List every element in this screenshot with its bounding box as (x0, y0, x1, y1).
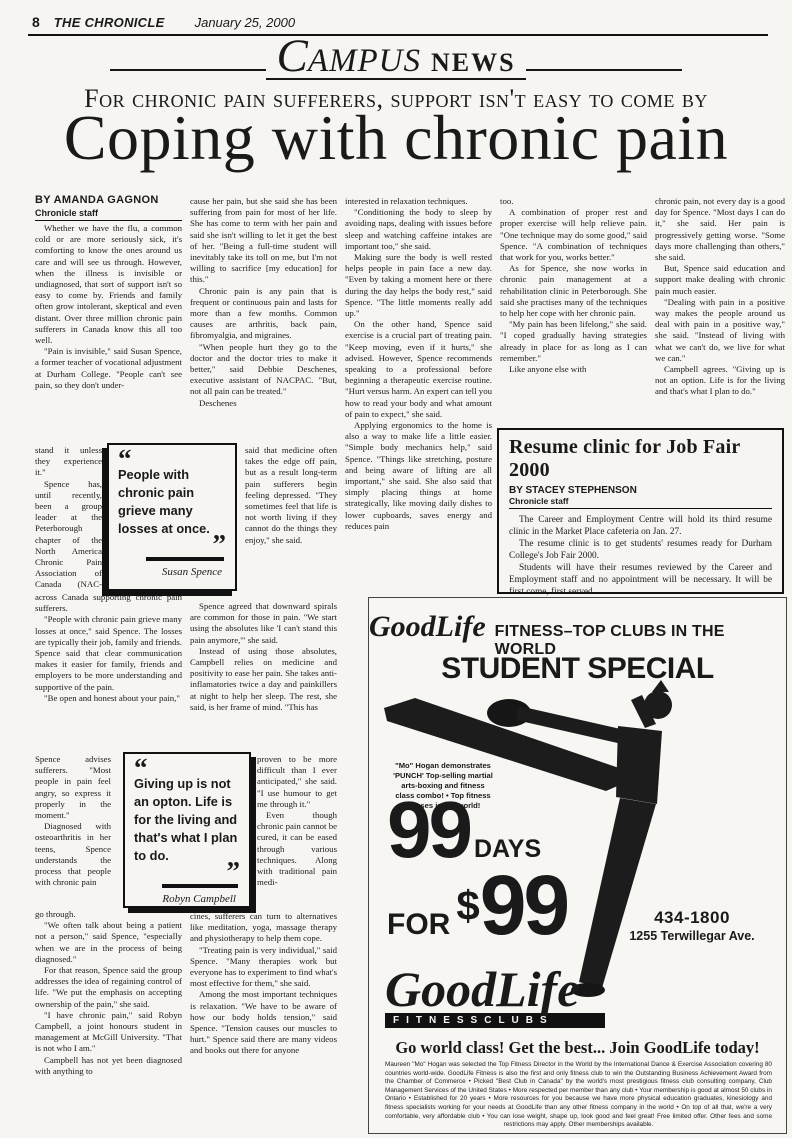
paragraph: stand it unless they experience it." (35, 445, 102, 479)
pull-quote-susan-spence: “ People with chronic pain grieve many l… (107, 443, 237, 591)
open-quote-glyph: “ (118, 452, 226, 466)
paragraph: interested in relaxation techniques. (345, 196, 492, 207)
byline-role: Chronicle staff (35, 208, 182, 221)
pull-quote-text: Giving up is not an opton. Life is for t… (134, 776, 237, 863)
sidebar-byline: BY STACEY STEPHENSON (509, 485, 772, 496)
paragraph: The Career and Employment Centre will ho… (509, 514, 772, 538)
issue-date: January 25, 2000 (195, 15, 295, 30)
torso-shape (616, 726, 662, 804)
paragraph: But, Spence said education and support m… (655, 263, 785, 297)
section-wordmark: C AMPUS NEWS (266, 38, 525, 80)
offer-price-row: FOR $ 99 (387, 870, 587, 944)
paragraph: "We often talk about being a patient not… (35, 920, 182, 965)
offer-days-row: 99 DAYS (387, 796, 587, 864)
paragraph: "I have chronic pain," said Robyn Campbe… (35, 1010, 182, 1055)
article-col5: chronic pain, not every day is a good da… (655, 196, 785, 426)
pull-quote-attribution: Susan Spence (118, 566, 226, 578)
goodlife-logo-text: GoodLife (385, 966, 605, 1012)
paragraph: Spence agreed that downward spirals are … (190, 601, 337, 646)
section-second-word: NEWS (431, 53, 516, 74)
paragraph: chronic pain, not every day is a good da… (655, 196, 785, 263)
paragraph: cause her pain, but she said she has bee… (190, 196, 337, 286)
paragraph: Spence advises sufferers. "Most people i… (35, 754, 111, 821)
paragraph: "Dealing with pain in a positive way mak… (655, 297, 785, 364)
article-headline: Coping with chronic pain (0, 104, 792, 171)
paragraph: proven to be more difficult than I ever … (257, 754, 337, 810)
paragraph: Applying ergonomics to the home is also … (345, 420, 492, 532)
paragraph: Among the most important techniques is r… (190, 989, 337, 1056)
ad-brand-name: GoodLife (369, 610, 486, 644)
article-col3: interested in relaxation techniques."Con… (345, 196, 492, 633)
article-col2-seg1: cause her pain, but she said she has bee… (190, 196, 337, 443)
close-quote-glyph: ” (134, 867, 240, 875)
close-quote-glyph: ” (118, 540, 226, 548)
paragraph: Like anyone else with (500, 364, 647, 375)
ad-fine-print: Maureen "Mo" Hogan was selected the Top … (385, 1061, 772, 1130)
paragraph: On the other hand, Spence said exercise … (345, 319, 492, 420)
article-col1-seg4: Spence advises sufferers. "Most people i… (35, 754, 111, 906)
paragraph: across Canada supporting chronic pain su… (35, 592, 182, 614)
sidebar-body: The Career and Employment Centre will ho… (509, 514, 772, 610)
page-number: 8 (32, 14, 40, 30)
ad-phone-number: 434-1800 (607, 908, 777, 928)
section-initial: C (276, 38, 307, 76)
banner-line-left (110, 69, 266, 71)
pull-quote-attribution: Robyn Campbell (134, 893, 240, 905)
paragraph: Campbell agrees. "Giving up is not an op… (655, 364, 785, 398)
paragraph: go through. (35, 909, 182, 920)
paragraph: Making sure the body is well rested help… (345, 252, 492, 319)
paragraph: "People with chronic pain grieve many lo… (35, 614, 182, 692)
article-col1-seg2: stand it unless they experience it."Spen… (35, 445, 102, 591)
paragraph: too. (500, 196, 647, 207)
ad-contact: 434-1800 1255 Terwillegar Ave. (607, 908, 777, 943)
publication-title: THE CHRONICLE (54, 15, 165, 30)
standing-leg-shape (579, 798, 656, 988)
paragraph: A combination of proper rest and proper … (500, 207, 647, 263)
dollar-sign: $ (456, 882, 479, 930)
paragraph: cines, sufferers can turn to alternative… (190, 911, 337, 945)
masthead-rule (28, 34, 768, 36)
paragraph: For that reason, Spence said the group a… (35, 965, 182, 1010)
goodlife-advertisement: GoodLife FITNESS–TOP CLUBS IN THE WORLD … (368, 597, 787, 1134)
paragraph: Instead of using those absolutes, Campbe… (190, 646, 337, 713)
paragraph: Deschenes (190, 398, 337, 409)
paragraph: Students will have their resumes reviewe… (509, 562, 772, 598)
paragraph: Diagnosed with osteoarthritis in her tee… (35, 821, 111, 888)
ad-call-to-action: Go world class! Get the best... Join Goo… (369, 1038, 786, 1058)
pull-quote-text: People with chronic pain grieve many los… (118, 467, 210, 536)
banner-line-right (526, 69, 682, 71)
ad-address: 1255 Terwillegar Ave. (607, 929, 777, 943)
article-col2-seg3: Spence agreed that downward spirals are … (190, 601, 337, 752)
open-quote-glyph: “ (134, 761, 240, 775)
article-col1-seg3: across Canada supporting chronic pain su… (35, 592, 182, 753)
paragraph: As for Spence, she now works in chronic … (500, 263, 647, 319)
section-word: AMPUS (308, 48, 421, 74)
pull-quote-robyn-campbell: “ Giving up is not an opton. Life is for… (123, 752, 251, 908)
ad-offer: 99 DAYS FOR $ 99 (387, 796, 587, 944)
article-col2-seg2: said that medicine often takes the edge … (245, 445, 337, 600)
paragraph: Spence has, until recently, been a group… (35, 479, 102, 591)
paragraph: "Be open and honest about your pain," (35, 693, 182, 704)
paragraph: Even though chronic pain cannot be cured… (257, 810, 337, 888)
paragraph: "Pain is invisible," said Susan Spence, … (35, 346, 182, 391)
paragraph: Campbell has not yet been diagnosed with… (35, 1055, 182, 1077)
paragraph: The resume clinic is to get students' re… (509, 538, 772, 562)
article-col4: too.A combination of proper rest and pro… (500, 196, 647, 426)
section-banner: C AMPUS NEWS (110, 38, 682, 80)
masthead: 8 THE CHRONICLE January 25, 2000 (32, 14, 762, 30)
paragraph: said that medicine often takes the edge … (245, 445, 337, 546)
sidebar-headline: Resume clinic for Job Fair 2000 (509, 436, 772, 482)
paragraph: Whether we have the flu, a common cold o… (35, 223, 182, 346)
goodlife-logo: GoodLife FITNESSCLUBS (385, 966, 605, 1028)
article-col2-seg4: proven to be more difficult than I ever … (257, 754, 337, 908)
paragraph: "When people hurt they go to the doctor … (190, 342, 337, 398)
paragraph: "Conditioning the body to sleep by avoid… (345, 207, 492, 252)
sidebar-byline-role: Chronicle staff (509, 496, 772, 509)
newspaper-page: 8 THE CHRONICLE January 25, 2000 C AMPUS… (0, 0, 792, 1138)
paragraph: Chronic pain is any pain that is frequen… (190, 286, 337, 342)
offer-price-number: 99 (480, 870, 567, 941)
article-byline: BY AMANDA GAGNON Chronicle staff (35, 190, 182, 221)
paragraph: "Treating pain is very individual," said… (190, 945, 337, 990)
article-col2-seg5: cines, sufferers can turn to alternative… (190, 911, 337, 1135)
article-col1-seg1: Whether we have the flu, a common cold o… (35, 223, 182, 443)
paragraph: "My pain has been lifelong," she said. "… (500, 319, 647, 364)
article-col1-seg5: go through."We often talk about being a … (35, 909, 182, 1135)
ad-headline: STUDENT SPECIAL (369, 652, 786, 686)
byline-author: BY AMANDA GAGNON (35, 194, 159, 206)
offer-days-number: 99 (387, 796, 470, 864)
resume-clinic-box: Resume clinic for Job Fair 2000 BY STACE… (497, 428, 784, 594)
offer-for-label: FOR (387, 908, 450, 942)
